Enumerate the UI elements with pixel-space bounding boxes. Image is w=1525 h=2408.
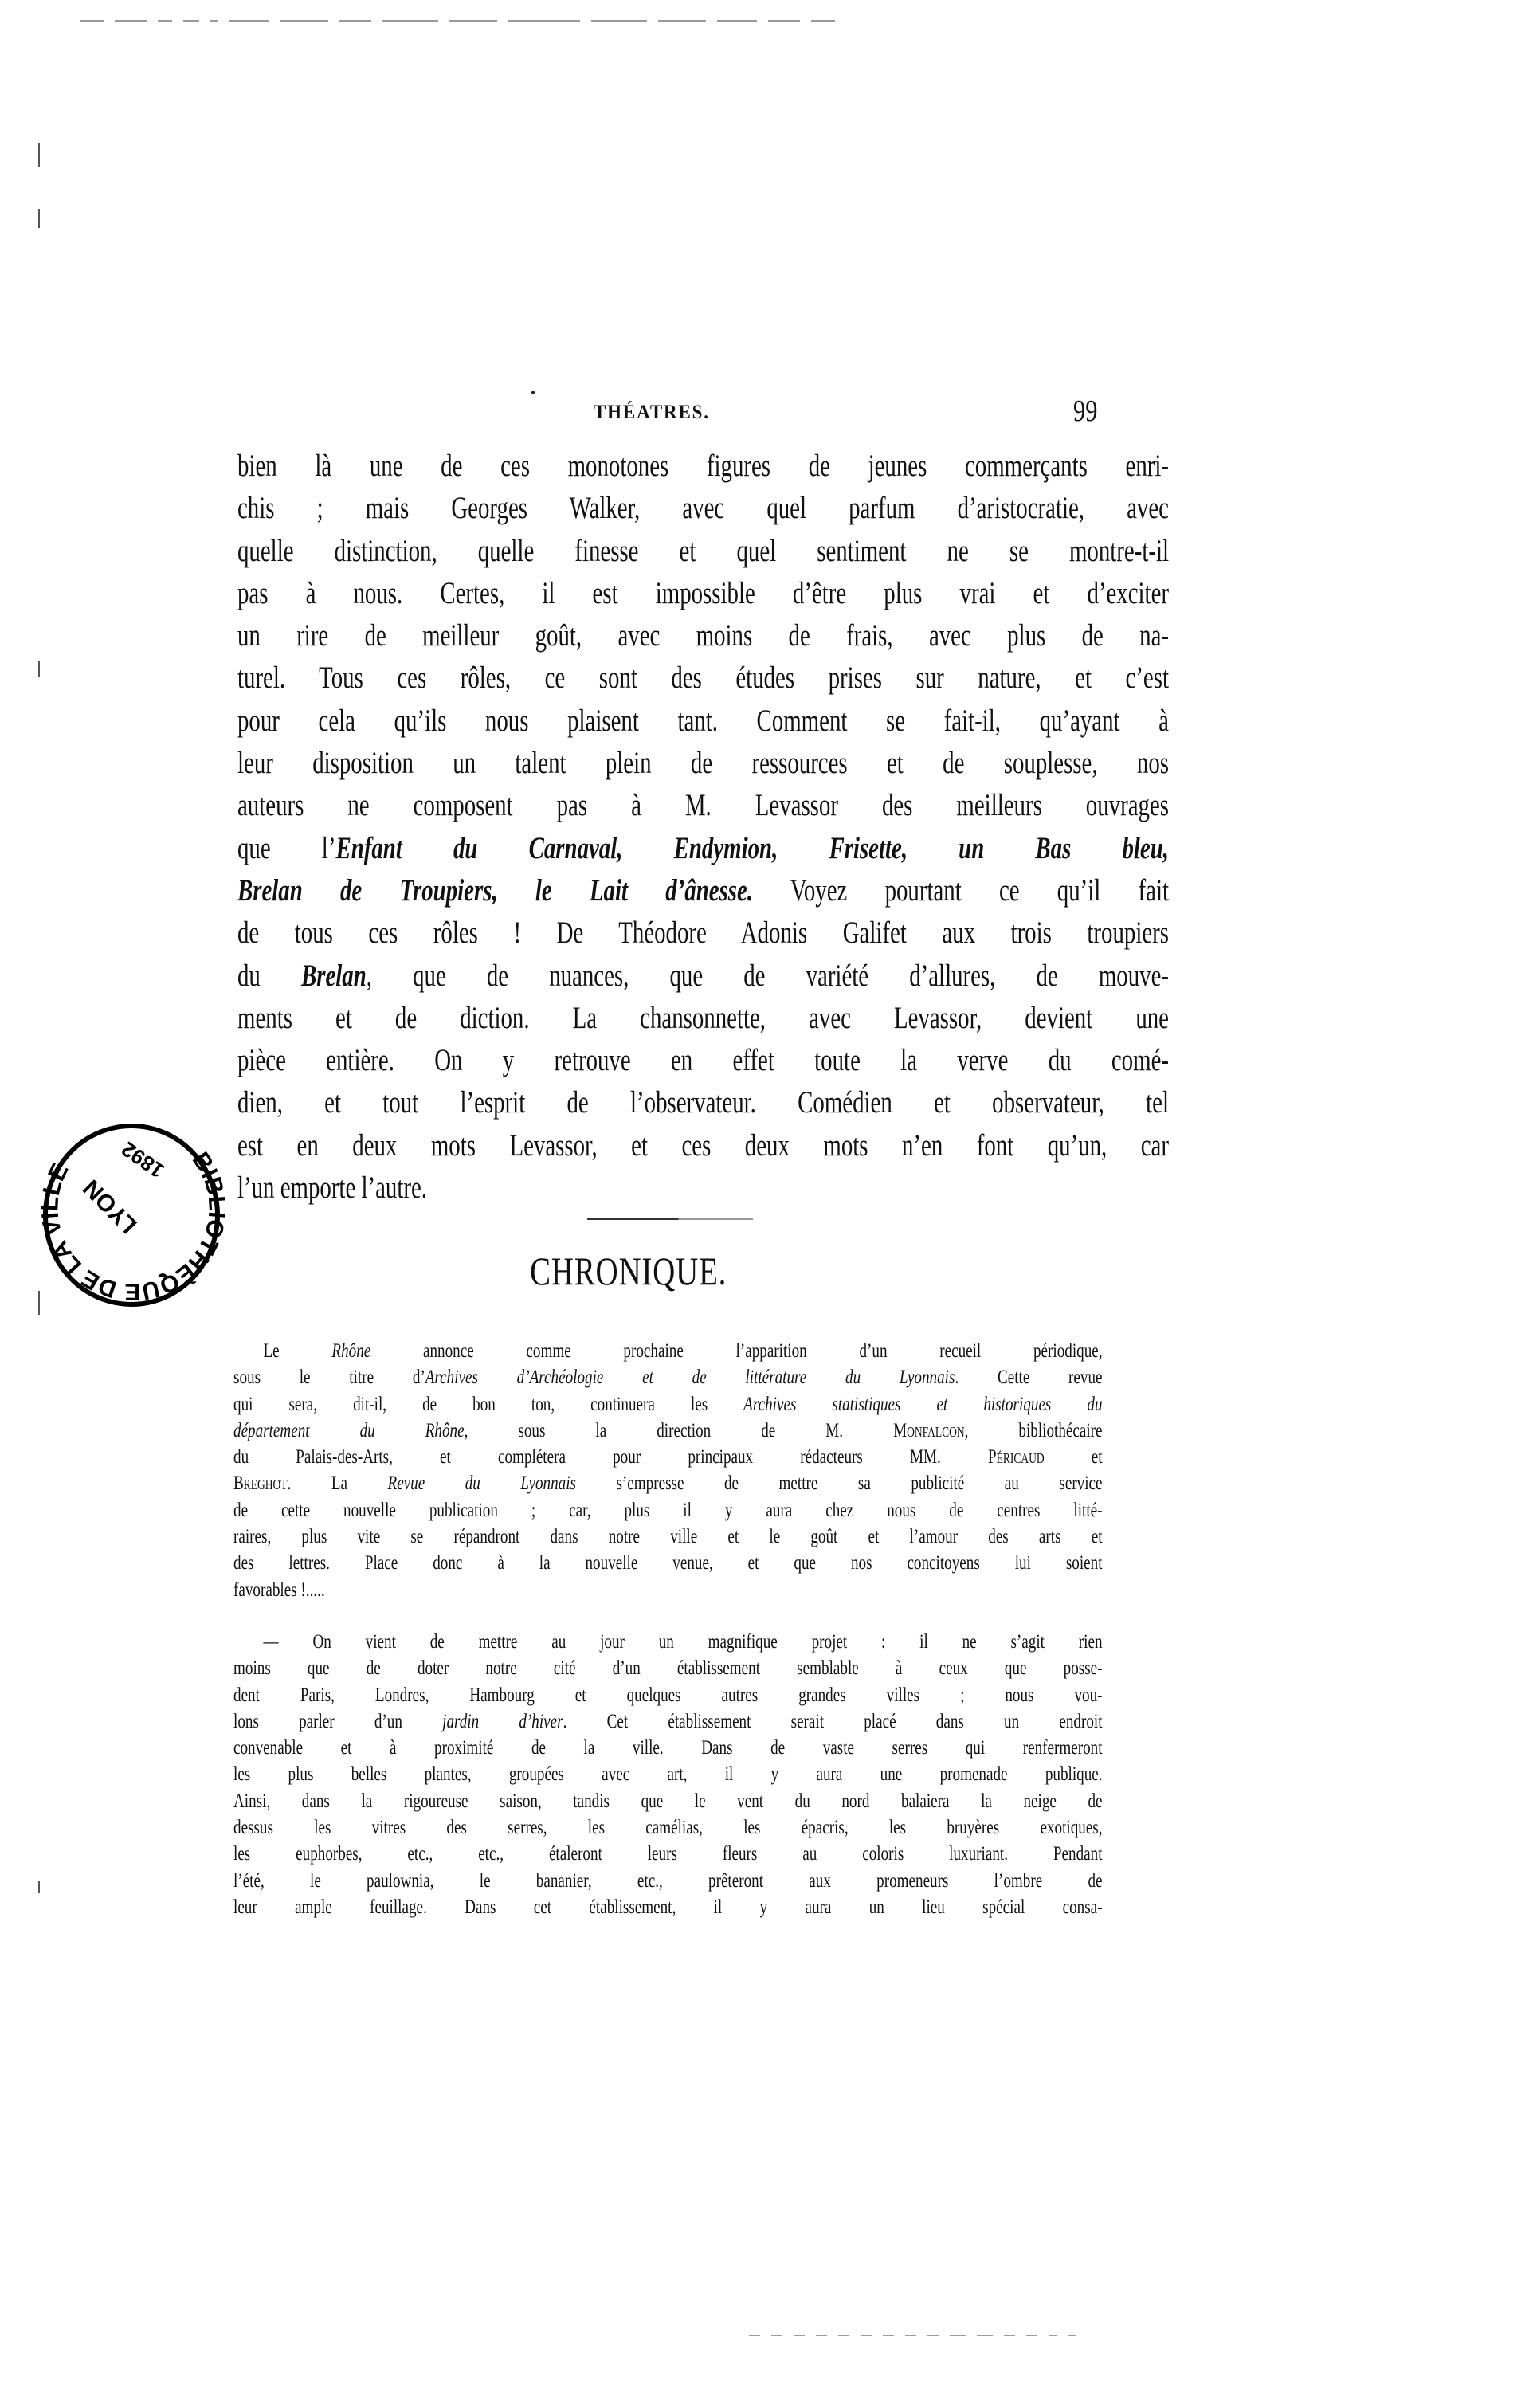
text-line: de cette nouvelle publication ; car, plu… xyxy=(233,1496,1103,1523)
text-line: moins que de doter notre cité d’un établ… xyxy=(233,1654,1103,1681)
play-titles: Brelan de Troupiers, le Lait d’ânesse. xyxy=(237,873,753,908)
text-line: turel. Tous ces rôles, ce sont des étude… xyxy=(237,657,1169,699)
section-title: CHRONIQUE. xyxy=(530,1248,727,1294)
text-line: lons parler d’un jardin d’hiver. Cet éta… xyxy=(233,1708,1103,1734)
text-line: l’un emporte l’autre. xyxy=(237,1167,1169,1209)
text-line: pas à nous. Certes, il est impossible d’… xyxy=(237,572,1169,614)
text-line: pour cela qu’ils nous plaisent tant. Com… xyxy=(237,700,1169,742)
text-line: Le Rhône annonce comme prochaine l’appar… xyxy=(233,1337,1103,1363)
text-line: est en deux mots Levassor, et ces deux m… xyxy=(237,1124,1169,1167)
margin-mark xyxy=(38,143,40,167)
text-line: convenable et à proximité de la ville. D… xyxy=(233,1734,1103,1760)
running-head: THÉATRES. xyxy=(594,402,710,424)
text-line: chis ; mais Georges Walker, avec quel pa… xyxy=(237,487,1169,529)
text-line: favorables !..... xyxy=(233,1576,1103,1602)
chronique-paragraph-1: Le Rhône annonce comme prochaine l’appar… xyxy=(233,1337,1102,1602)
text-line: l’été, le paulownia, le bananier, etc., … xyxy=(233,1867,1103,1893)
text-line: du Palais-des-Arts, et complétera pour p… xyxy=(233,1443,1103,1469)
text-line: département du Rhône, sous la direction … xyxy=(233,1417,1103,1443)
chronique-paragraph-2: — On vient de mettre au jour un magnifiq… xyxy=(233,1628,1102,1920)
article-body: bien là une de ces monotones figures de … xyxy=(237,445,1100,1209)
text-line: dien, et tout l’esprit de l’observateur.… xyxy=(237,1081,1169,1124)
text-line: — On vient de mettre au jour un magnifiq… xyxy=(233,1628,1103,1654)
text-line: raires, plus vite se répandront dans not… xyxy=(233,1523,1103,1549)
text-line: de tous ces rôles ! De Théodore Adonis G… xyxy=(237,912,1169,954)
margin-mark xyxy=(38,1881,40,1893)
ink-speck xyxy=(531,391,535,394)
stamp-year: 1892 xyxy=(117,1137,169,1183)
text-line: auteurs ne composent pas à M. Levassor d… xyxy=(237,784,1169,826)
text-line: dent Paris, Londres, Hambourg et quelque… xyxy=(233,1681,1103,1708)
play-title: Brelan xyxy=(301,959,367,993)
text-line: Brelan de Troupiers, le Lait d’ânesse. V… xyxy=(237,869,1169,912)
text-line: Breghot. La Revue du Lyonnais s’empresse… xyxy=(233,1469,1103,1496)
text-line: pièce entière. On y retrouve en effet to… xyxy=(237,1039,1169,1081)
text-line: un rire de meilleur goût, avec moins de … xyxy=(237,614,1169,657)
text-line: du Brelan, que de nuances, que de variét… xyxy=(237,955,1169,997)
scan-artifact-bottom xyxy=(749,2335,1506,2336)
text-line: leur disposition un talent plein de ress… xyxy=(237,742,1169,784)
scan-artifact-top xyxy=(80,20,1100,22)
text-line: que l’Enfant du Carnaval, Endymion, Fris… xyxy=(237,827,1169,869)
text-line: ments et de diction. La chansonnette, av… xyxy=(237,997,1169,1039)
page-number: 99 xyxy=(1073,394,1097,429)
margin-mark xyxy=(38,209,40,228)
margin-mark xyxy=(38,661,40,677)
text-line: quelle distinction, quelle finesse et qu… xyxy=(237,530,1169,572)
text-line: les euphorbes, etc., etc., étaleront leu… xyxy=(233,1840,1103,1866)
text-line: des lettres. Place donc à la nouvelle ve… xyxy=(233,1549,1103,1575)
text-line: qui sera, dit-il, de bon ton, continuera… xyxy=(233,1390,1103,1417)
text-line: les plus belles plantes, groupées avec a… xyxy=(233,1760,1103,1786)
stamp-city: LYON xyxy=(78,1175,142,1238)
text-line: bien là une de ces monotones figures de … xyxy=(237,445,1169,487)
play-titles: Enfant du Carnaval, Endymion, Frisette, … xyxy=(335,831,1169,865)
text-line: Ainsi, dans la rigoureuse saison, tandis… xyxy=(233,1787,1103,1814)
text-line: leur ample feuillage. Dans cet établisse… xyxy=(233,1893,1103,1920)
library-stamp: BIBLIOTHÈQUE DE LA VILLE 1892 LYON xyxy=(38,1120,225,1311)
text-line: sous le titre d’Archives d’Archéologie e… xyxy=(233,1363,1103,1390)
text-line: dessus les vitres des serres, les caméli… xyxy=(233,1814,1103,1840)
section-separator xyxy=(587,1218,753,1220)
